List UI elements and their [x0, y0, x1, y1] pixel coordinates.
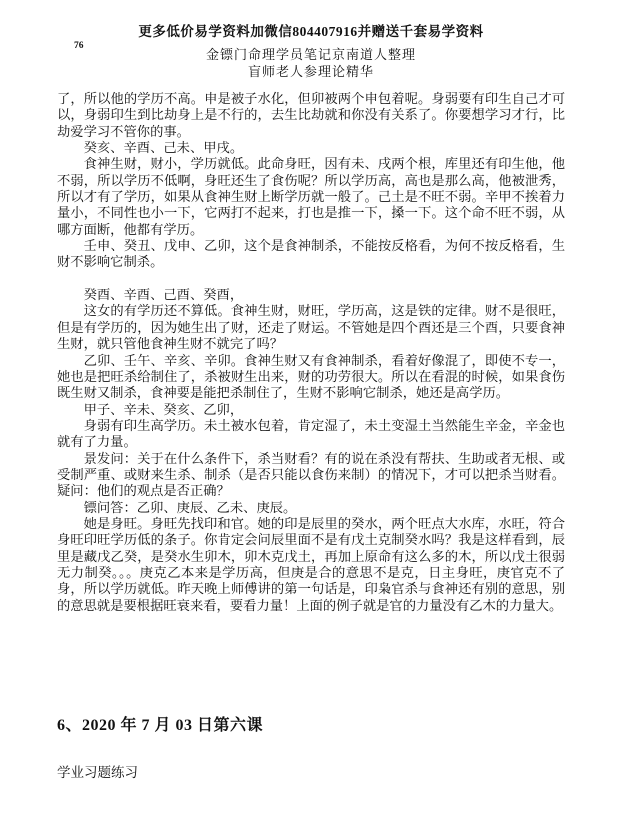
paragraph: 她是身旺。身旺先找印和官。她的印是辰里的癸水，两个旺点大水库，水旺，符合身旺印旺… [57, 516, 565, 614]
paragraph: 乙卯、壬午、辛亥、辛卯。食神生财又有食神制杀，看着好像混了，即使不专一，她也是把… [57, 353, 565, 402]
paragraph: 了，所以他的学历不高。申是被子水化，但卯被两个申包着呢。身弱要有印生自己才可以，… [57, 91, 565, 140]
paragraph: 食神生财，财小，学历就低。此命身旺，因有未、戌两个根，库里还有印生他，他不弱，所… [57, 156, 565, 238]
paragraph: 这女的有学历还不算低。食神生财，财旺，学历高，这是铁的定律。财不是很旺，但是有学… [57, 303, 565, 352]
document-header-subtitle: 盲师老人参理论精华 [0, 61, 622, 80]
paragraph: 甲子、辛未、癸亥、乙卯， [57, 402, 565, 418]
paragraph: 癸酉、辛酉、己酉、癸酉， [57, 287, 565, 303]
paragraph: 镖问答：乙卯、庚辰、乙未、庚辰。 [57, 500, 565, 516]
section-heading: 6、2020 年 7 月 03 日第六课 [57, 712, 565, 735]
paragraph: 壬申、癸丑、戊申、乙卯，这个是食神制杀，不能按反格看，为何不按反格看，生财不影响… [57, 238, 565, 271]
body-text-block: 了，所以他的学历不高。申是被子水化，但卯被两个申包着呢。身弱要有印生自己才可以，… [57, 91, 565, 614]
paragraph: 景发问：关于在什么条件下，杀当财看？有的说在杀没有帮扶、生助或者无根、或受制严重… [57, 451, 565, 500]
paragraph: 癸亥、辛酉、己未、甲戌。 [57, 140, 565, 156]
watermark-line: 更多低价易学资料加微信804407916并赠送千套易学资料 [0, 20, 622, 40]
paragraph: 身弱有印生高学历。未土被水包着，肯定湿了，未土变湿土当然能生辛金，辛金也就有了力… [57, 418, 565, 451]
section-subheading: 学业习题练习 [57, 761, 565, 781]
document-page: 更多低价易学资料加微信804407916并赠送千套易学资料 76 金镖门命理学员… [0, 0, 622, 816]
